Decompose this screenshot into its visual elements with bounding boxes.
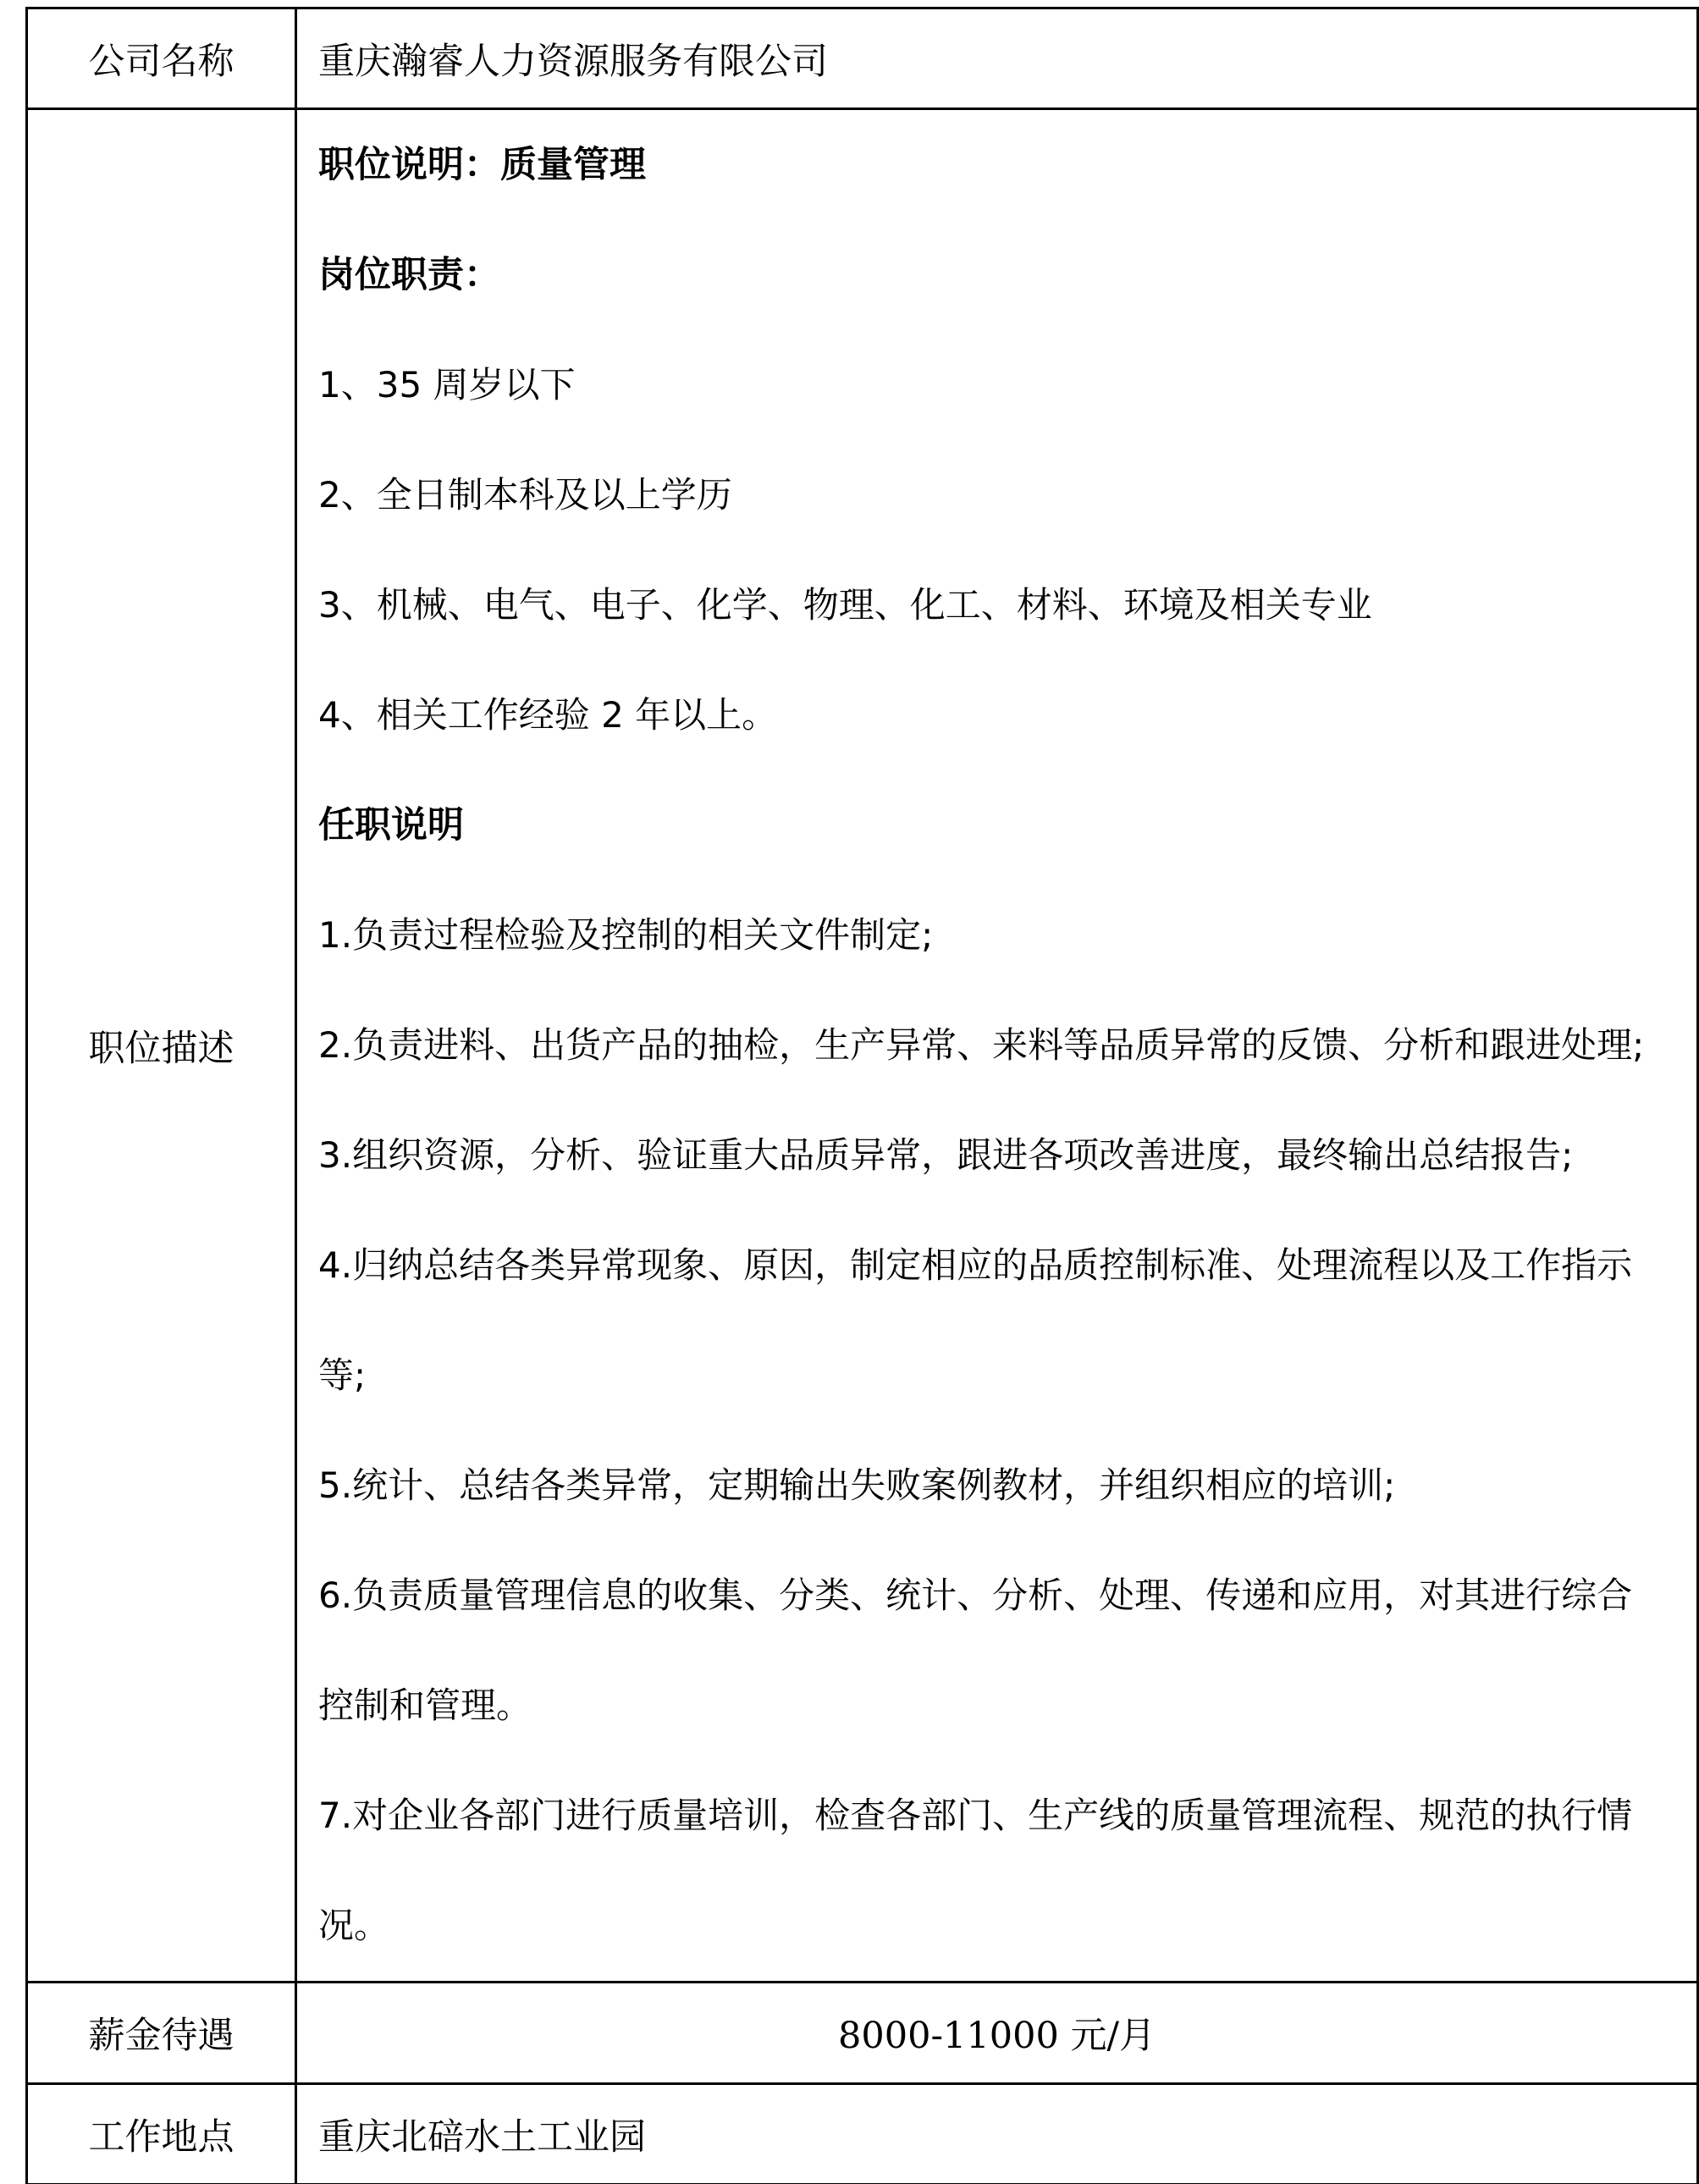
location-row: 工作地点 重庆北碚水土工业园 [27, 2084, 1698, 2184]
job-description-content: 职位说明：质量管理岗位职责：1、35 周岁以下2、全日制本科及以上学历3、机械、… [296, 109, 1698, 1983]
job-description-paragraph: 1、35 周岁以下 [318, 330, 1652, 440]
salary-value: 8000-11000 元/月 [296, 1983, 1698, 2084]
company-row: 公司名称 重庆瀚睿人力资源服务有限公司 [27, 8, 1698, 109]
job-description-paragraph: 3、机械、电气、电子、化学、物理、化工、材料、环境及相关专业 [318, 550, 1652, 660]
location-value: 重庆北碚水土工业园 [296, 2084, 1698, 2184]
company-name-value: 重庆瀚睿人力资源服务有限公司 [296, 8, 1698, 109]
job-description-row: 职位描述 职位说明：质量管理岗位职责：1、35 周岁以下2、全日制本科及以上学历… [27, 109, 1698, 1983]
salary-label: 薪金待遇 [27, 1983, 296, 2084]
job-description-paragraph: 5.统计、总结各类异常，定期输出失败案例教材，并组织相应的培训; [318, 1431, 1652, 1541]
job-description-paragraph: 1.负责过程检验及控制的相关文件制定; [318, 880, 1652, 990]
company-name-label: 公司名称 [27, 8, 296, 109]
job-description-paragraph: 7.对企业各部门进行质量培训，检查各部门、生产线的质量管理流程、规范的执行情况。 [318, 1761, 1652, 1981]
job-posting-table: 公司名称 重庆瀚睿人力资源服务有限公司 职位描述 职位说明：质量管理岗位职责：1… [25, 7, 1699, 2184]
job-description-paragraph: 2、全日制本科及以上学历 [318, 440, 1652, 550]
location-label: 工作地点 [27, 2084, 296, 2184]
job-description-paragraph: 职位说明：质量管理 [318, 110, 1652, 220]
job-description-paragraph: 岗位职责： [318, 220, 1652, 330]
salary-row: 薪金待遇 8000-11000 元/月 [27, 1983, 1698, 2084]
job-description-paragraph: 6.负责质量管理信息的收集、分类、统计、分析、处理、传递和应用，对其进行综合控制… [318, 1541, 1652, 1761]
job-description-paragraph: 4.归纳总结各类异常现象、原因，制定相应的品质控制标准、处理流程以及工作指示等; [318, 1211, 1652, 1431]
job-description-paragraph: 2.负责进料、出货产品的抽检，生产异常、来料等品质异常的反馈、分析和跟进处理; [318, 990, 1652, 1100]
job-description-paragraph: 3.组织资源，分析、验证重大品质异常，跟进各项改善进度，最终输出总结报告; [318, 1100, 1652, 1211]
job-description-label: 职位描述 [27, 109, 296, 1983]
job-description-paragraph: 任职说明 [318, 770, 1652, 880]
job-description-paragraph: 4、相关工作经验 2 年以上。 [318, 660, 1652, 770]
document-page: 公司名称 重庆瀚睿人力资源服务有限公司 职位描述 职位说明：质量管理岗位职责：1… [0, 0, 1699, 2184]
